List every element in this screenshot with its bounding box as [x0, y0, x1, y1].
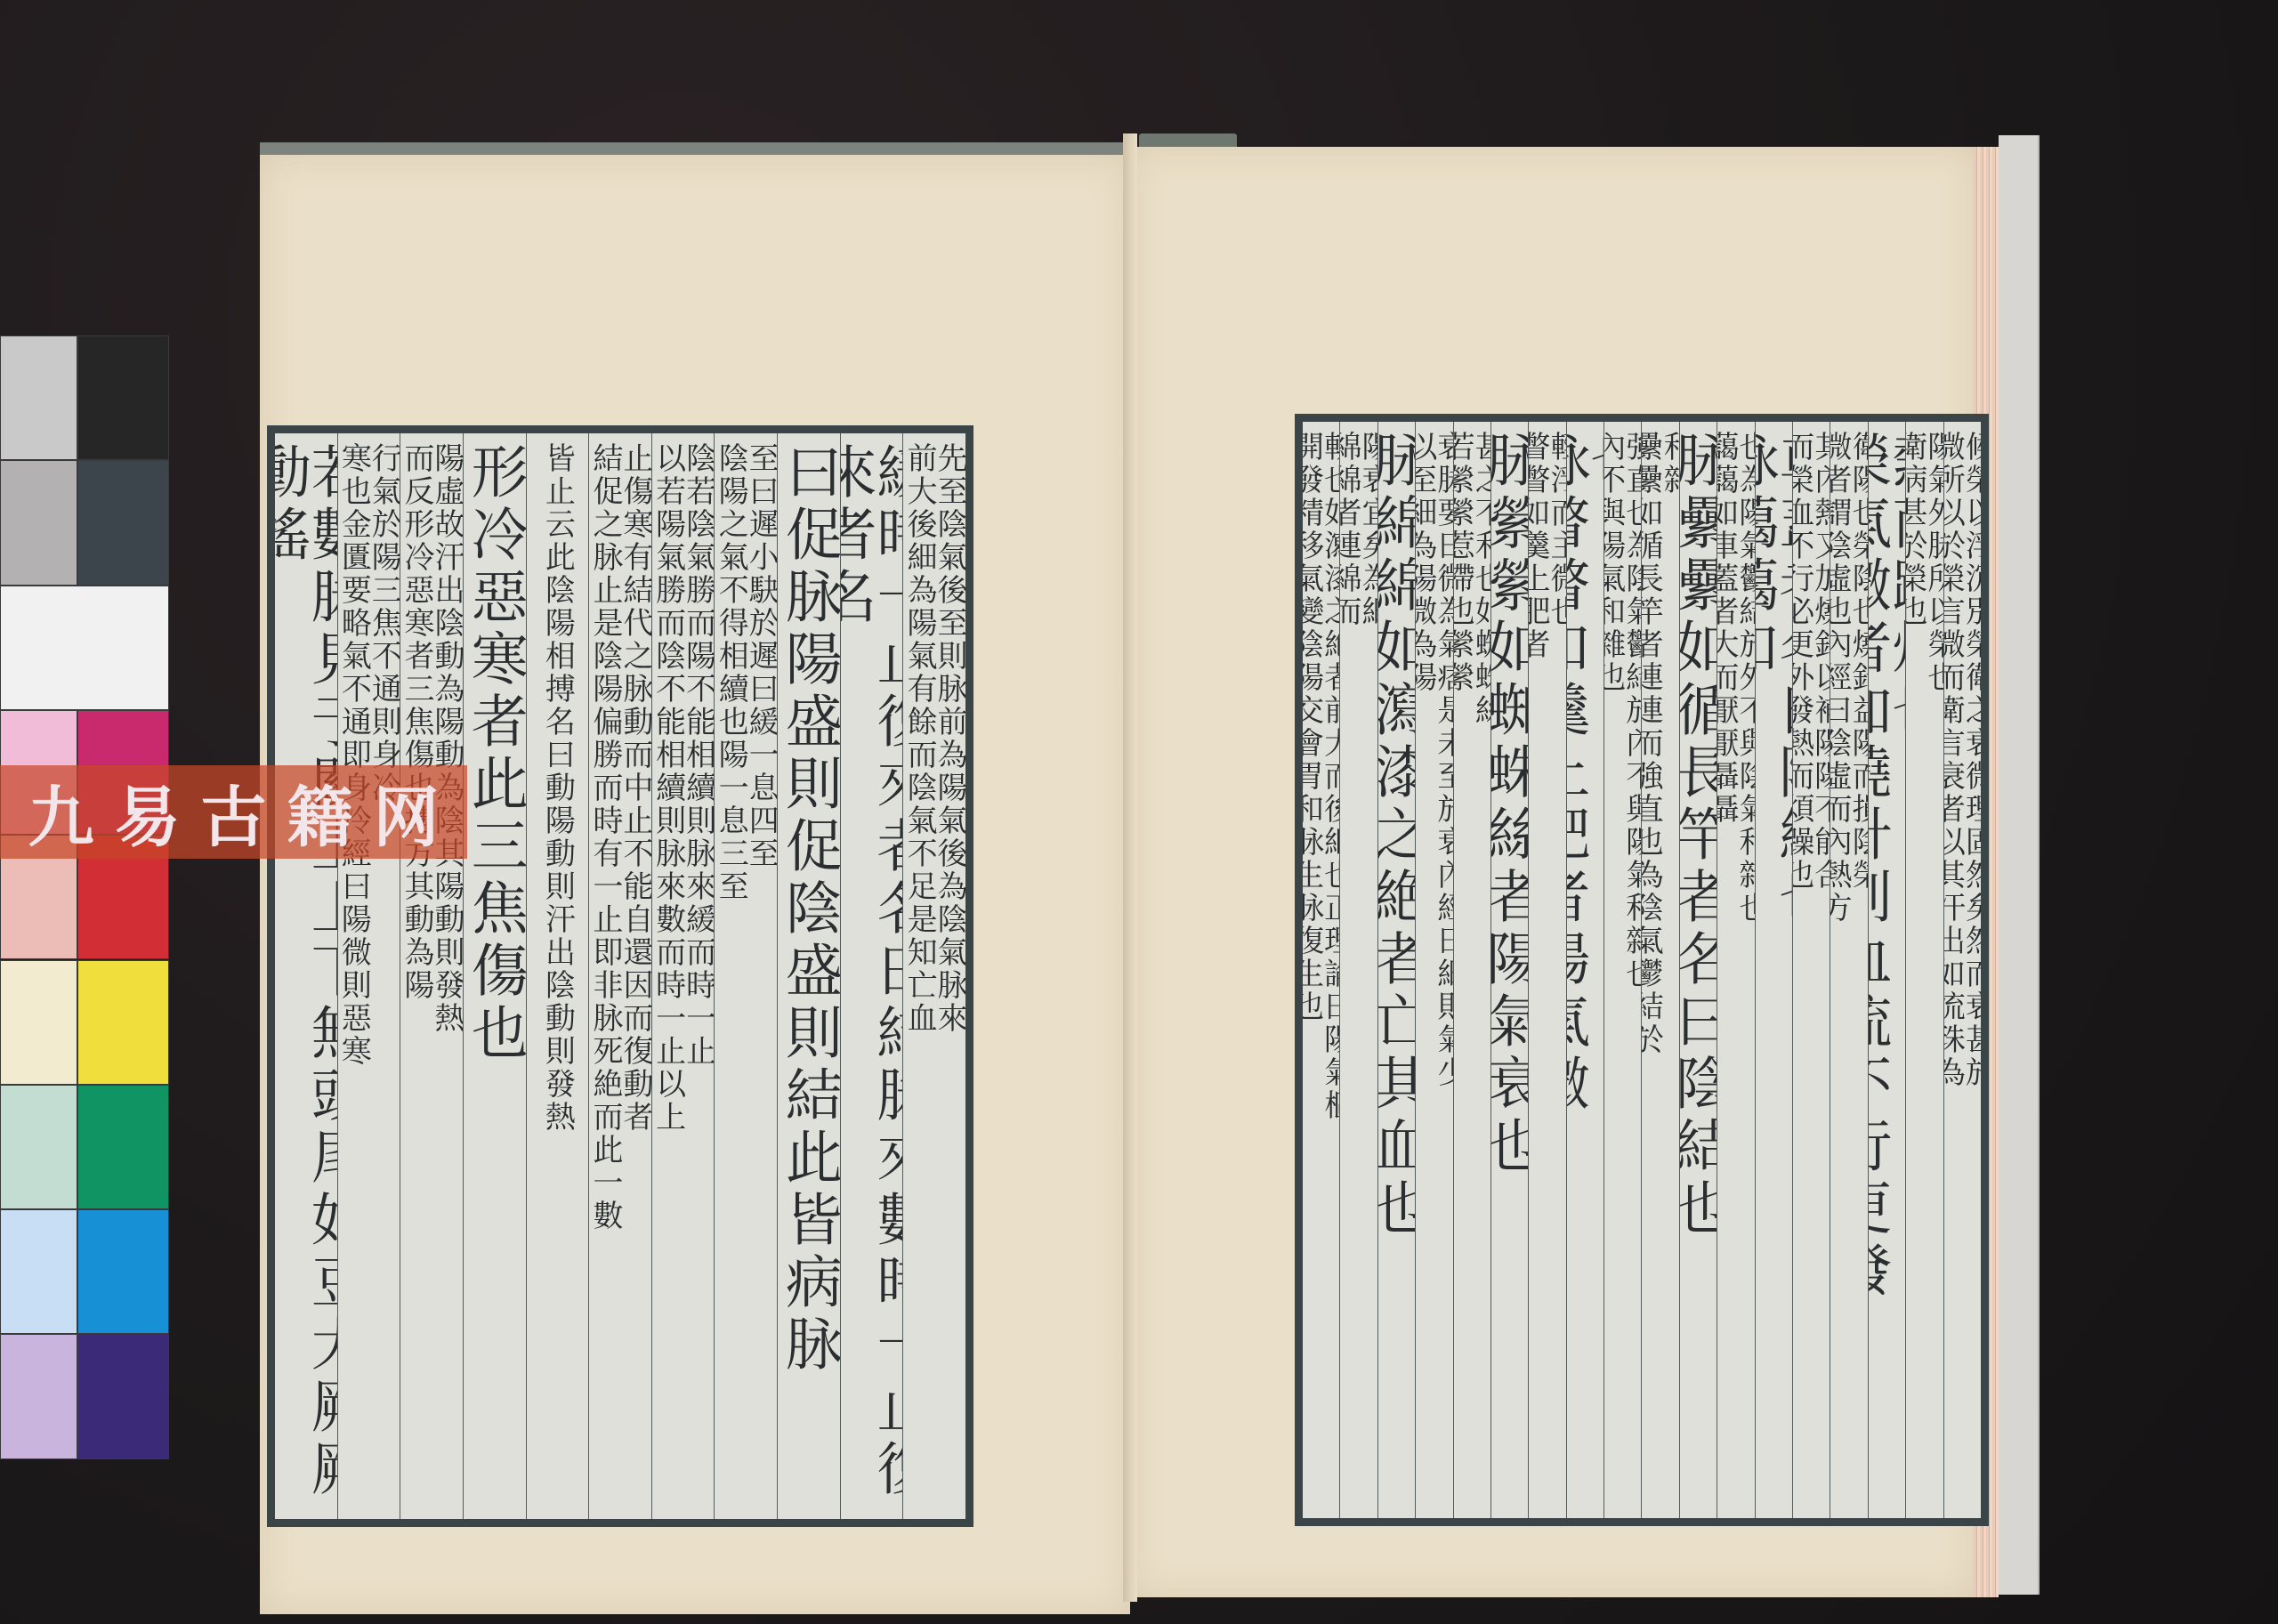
- text-column: 車蓋者名曰陽結也脉藹藹如: [1755, 422, 1792, 1518]
- commentary-text-line: 止傷寒有結代之脉動而中止不能自還因而復動者: [620, 442, 650, 1519]
- commentary-text-line: 強直也為陰氣鬱結於內不與陽氣和雜也: [1623, 431, 1642, 1518]
- text-column: 也為陽氣鬱結於外不與陰氣和雜也藹藹如車蓋者大而厭厭聶聶: [1717, 422, 1754, 1518]
- commentary-text-line: 也為陽氣鬱結於外不與陰氣和雜也: [1736, 431, 1755, 1518]
- text-column: 止傷寒有結代之脉動而中止不能自還因而復動者結促之脉止是陰陽偏勝而時有一止即非脉死…: [588, 433, 651, 1519]
- commentary-text-line: 甚之不利也如蜘蛛絲: [1472, 431, 1490, 1518]
- right-text-frame: 候榮以浮沉別榮衛之衰微理固然矣然而衰甚於微所以於榮言微而衛言衰者以其汗出如流珠為…: [1295, 414, 1989, 1526]
- color-swatch: [77, 1209, 169, 1334]
- main-text-line: 緩時一止復來者名曰結脉來數時一止復來者名: [840, 442, 903, 1519]
- commentary-text-line: 以若陽氣勝而陰不能相續則脉來數而時一止以上: [653, 442, 683, 1519]
- text-column: 皆止云此陰陽相搏名曰動陽動則汗出陰動則發熱: [526, 433, 589, 1519]
- commentary-text-line: 陽氣外脉所以榮也: [1925, 431, 1943, 1518]
- commentary-text-line: 結促之脉止是陰陽偏勝而時有一止即非脉死絶而此一數: [590, 442, 620, 1519]
- commentary-text-line: 輕浮而主微也: [1547, 431, 1566, 1518]
- commentary-text-line: 而反形冷惡寒者三焦傷也搏方其動為陽: [401, 442, 432, 1519]
- book-gutter: [1123, 133, 1137, 1602]
- color-swatch: [77, 1334, 169, 1458]
- color-swatch: [77, 960, 169, 1085]
- commentary-text-line: 纍纍如循長竿者連連而強直也為陰氣鬱結於: [1641, 431, 1660, 1518]
- commentary-text-line: 前大後細為陽氣有餘而陰氣不足是知亡血: [904, 442, 934, 1519]
- commentary-text-line: 陽衰宜矣為細: [1359, 431, 1377, 1518]
- text-column: 陽虛故汗出陰動為陽動為陰其陽動則發熱而反形冷惡寒者三焦傷也搏方其動為陽: [400, 433, 463, 1519]
- main-text-line: 若數脉見于關上上下無頭尾如豆大厥厥動搖: [275, 442, 337, 1519]
- text-column: 也脉瞥瞥如羹上肥者陽氣微: [1566, 422, 1603, 1518]
- color-swatch: [0, 586, 169, 710]
- main-text-line: 脉纍纍如循長竿者名曰陰結也: [1679, 431, 1717, 1518]
- commentary-text-line: 和雜: [1660, 431, 1679, 1518]
- commentary-text-line: 候榮以浮沉別榮衛之衰微理固然矣然而衰甚於: [1962, 431, 1981, 1518]
- commentary-text-line: 軟也如瀉漆之絶者前大而後細也正理論曰陽氣樞: [1321, 431, 1340, 1518]
- commentary-text-line: 陰若陰氣勝而陽不能相續則脉來緩而時一止: [683, 442, 714, 1519]
- commentary-text-line: 衛陽也榮陰也燒針益陽而損陰榮: [1849, 431, 1868, 1518]
- text-column: 陽氣外脉所以榮也衛病甚於榮也: [1905, 422, 1943, 1518]
- commentary-text-line: 其內熱又加燒針以補陽陽不能合: [1812, 431, 1830, 1518]
- main-text-line: 車蓋者名曰陽結也: [1773, 431, 1792, 1518]
- main-text-line: 形冷惡寒者此三焦傷也: [466, 442, 523, 1519]
- color-swatch: [77, 335, 169, 460]
- main-text-line: 脉縈縈如蜘蛛絲者陽氣衰也: [1490, 431, 1528, 1518]
- text-column: 甚之不利也如蜘蛛絲若縈縈惹滯也縈縈: [1453, 422, 1490, 1518]
- text-column: 陽衰宜矣為細綿綿者連綿而: [1339, 422, 1377, 1518]
- commentary-text-line: 陰陽之氣不得相續也陽一息三至: [715, 442, 746, 1519]
- commentary-text-line: 至曰遲小駃於遲曰緩一息四至: [746, 442, 776, 1519]
- text-column: 曰促脉陽盛則促陰盛則結此皆病脉: [777, 433, 840, 1519]
- book-cover-edge: [1999, 135, 2040, 1595]
- text-column: 至曰遲小駃於遲曰緩一息四至陰陽之氣不得相續也陽一息三至: [714, 433, 777, 1519]
- text-column: 軟也如瀉漆之絶者前大而後細也正理論曰陽氣樞開發精移氣變陰陽交會胃和脉生脉復生也: [1303, 422, 1339, 1518]
- text-column: 輕浮而主微也瞥瞥如羹上肥者: [1528, 422, 1565, 1518]
- main-text-line: 熱而躁煩也: [1887, 431, 1906, 1518]
- main-text-line: 也: [1585, 431, 1603, 1518]
- color-swatch: [0, 1085, 77, 1209]
- commentary-text-line: 陽虛故汗出陰動為陽動為陰其陽動則發熱: [432, 442, 462, 1519]
- color-swatch: [0, 960, 77, 1085]
- color-swatch: [0, 1209, 77, 1334]
- text-column: 熱而躁煩也榮氣微者加燒針則血流不行更發: [1868, 422, 1905, 1518]
- commentary-text-line: 先至陰氣後至則脉前為陽氣後為陰氣脉來: [934, 442, 965, 1519]
- text-column: 強直也為陰氣鬱結於內不與陽氣和雜也內不與陽氣和雜也: [1603, 422, 1641, 1518]
- text-column: 陰若陰氣勝而陽不能相續則脉來緩而時一止以若陽氣勝而陰不能相續則脉來數而時一止以上: [651, 433, 715, 1519]
- text-column: 和雜纍纍如循長竿者連連而強直也為陰氣鬱結於: [1641, 422, 1678, 1518]
- text-column: 候榮以浮沉別榮衛之衰微理固然矣然而衰甚於微所以於榮言微而衛言衰者以其汗出如流珠為: [1943, 422, 1981, 1518]
- text-column: 緩時一止復來者名曰結脉來數時一止復來者名: [840, 433, 903, 1519]
- left-text-frame: 先至陰氣後至則脉前為陽氣後為陰氣脉來前大後細為陽氣有餘而陰氣不足是知亡血緩時一止…: [267, 425, 973, 1527]
- text-column: 若數脉見于關上上下無頭尾如豆大厥厥動搖: [275, 433, 337, 1519]
- text-column: 行氣於陽三焦不通則身冷寒也金匱要略氣不通即身冷經曰陽微則惡寒: [337, 433, 400, 1519]
- text-column: 衰脉要曰微為氣痞是未至於衰內經曰細則氣少以至細為陽微為陽: [1415, 422, 1452, 1518]
- commentary-text-line: 行氣於陽三焦不通則身冷: [368, 442, 399, 1519]
- text-column: 其內熱又加燒針以補陽陽不能合而榮血不行必更外發熱而煩躁也: [1792, 422, 1830, 1518]
- watermark-char: 网: [374, 765, 440, 860]
- color-swatch: [0, 460, 77, 585]
- text-column: 先至陰氣後至則脉前為陽氣後為陰氣脉來前大後細為陽氣有餘而陰氣不足是知亡血: [902, 433, 965, 1519]
- watermark-char: 籍: [287, 765, 353, 860]
- main-text-line: 曰促脉陽盛則促陰盛則結此皆病脉: [780, 442, 837, 1519]
- commentary-text-line: 寒也金匱要略氣不通即身冷經曰陽微則惡寒: [338, 442, 368, 1519]
- color-swatch: [0, 335, 77, 460]
- watermark-char: 九: [28, 765, 94, 860]
- color-swatch: [0, 1334, 77, 1458]
- site-watermark: 九 易 古 籍 网: [0, 765, 467, 859]
- main-text-line: 脉瞥瞥如羹上肥者陽氣微: [1566, 431, 1586, 1518]
- color-swatch: [77, 1085, 169, 1209]
- color-calibration-card: [0, 335, 169, 1459]
- color-swatch: [77, 460, 169, 585]
- watermark-char: 古: [201, 765, 267, 860]
- watermark-char: 易: [115, 765, 181, 860]
- main-text-line: 脉綿綿如瀉漆之絶者亡其血也: [1377, 431, 1415, 1518]
- text-column: 脉綿綿如瀉漆之絶者亡其血也: [1377, 422, 1415, 1518]
- text-column: 脉縈縈如蜘蛛絲者陽氣衰也: [1490, 422, 1528, 1518]
- text-column: 形冷惡寒者此三焦傷也: [463, 433, 526, 1519]
- text-column: 脉纍纍如循長竿者名曰陰結也: [1679, 422, 1717, 1518]
- commentary-text-line: 皆止云此陰陽相搏名曰動陽動則汗出陰動則發熱: [542, 442, 572, 1519]
- text-column: 衛陽也榮陰也燒針益陽而損陰榮微者謂陰虛也內經曰陰虛而內熱方: [1830, 422, 1867, 1518]
- commentary-text-line: 衰脉要曰微為氣痞是未至於衰內經曰細則氣少: [1434, 431, 1453, 1518]
